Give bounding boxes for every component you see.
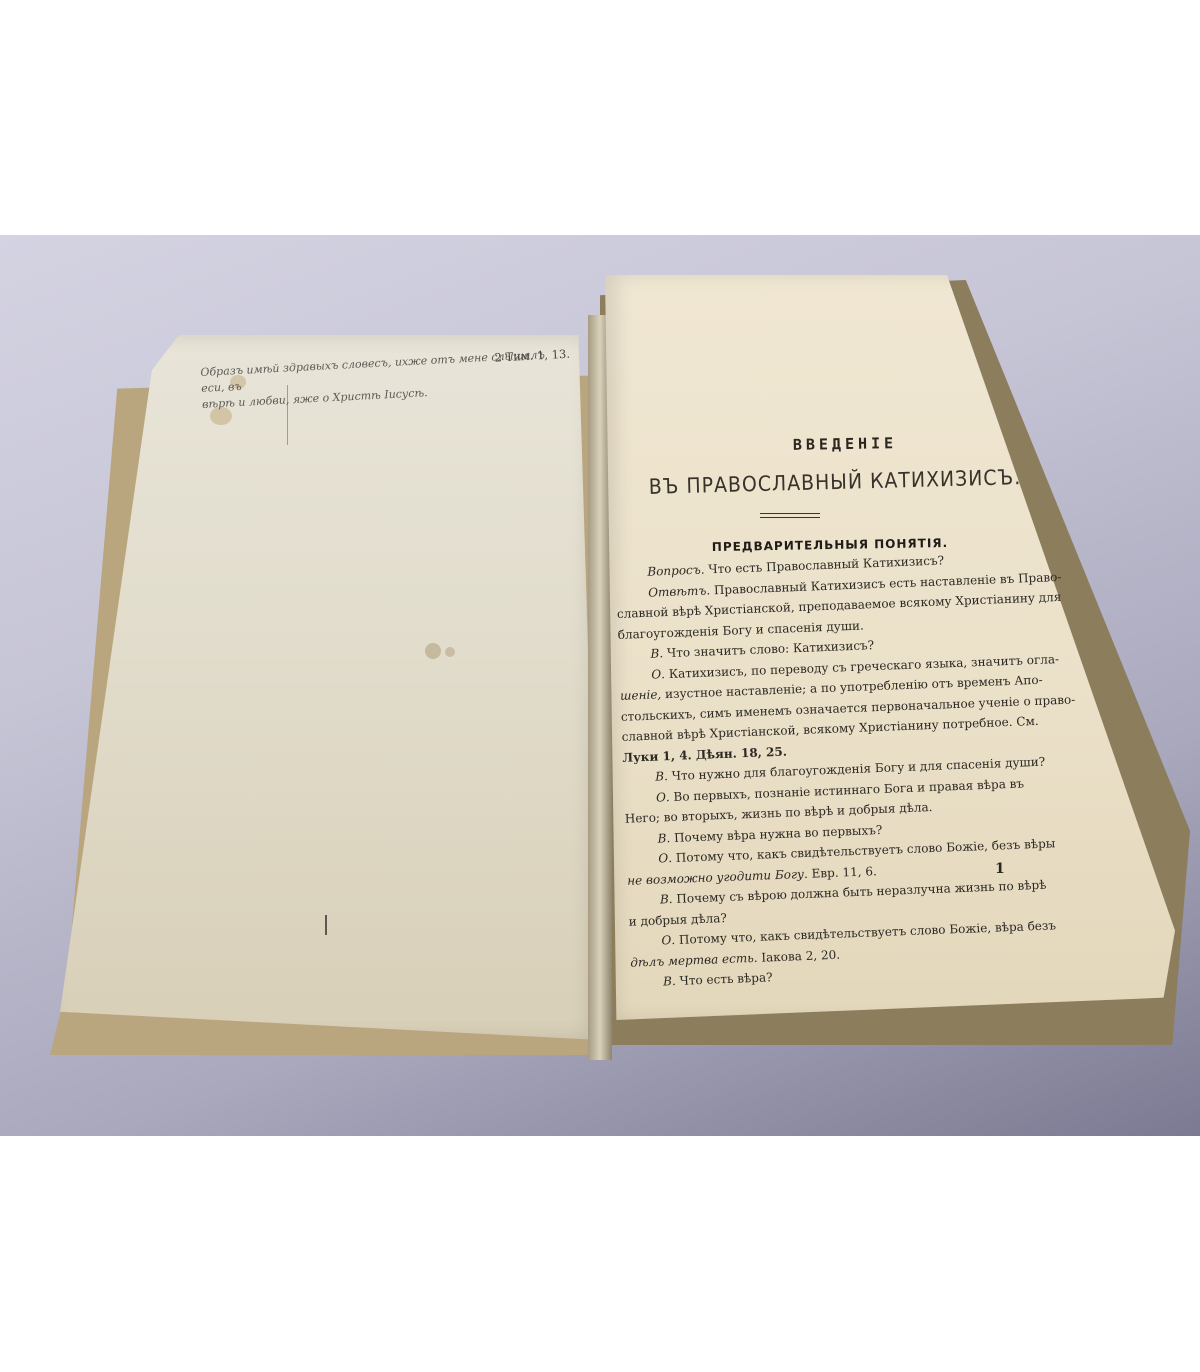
stain [425, 643, 441, 659]
stain [445, 647, 455, 657]
catechism-text: Вопросъ. Что есть Православный Катихизис… [615, 548, 1031, 994]
ink-mark [325, 915, 327, 935]
page-number: 1 [995, 861, 1005, 877]
ornament-divider [760, 513, 820, 518]
